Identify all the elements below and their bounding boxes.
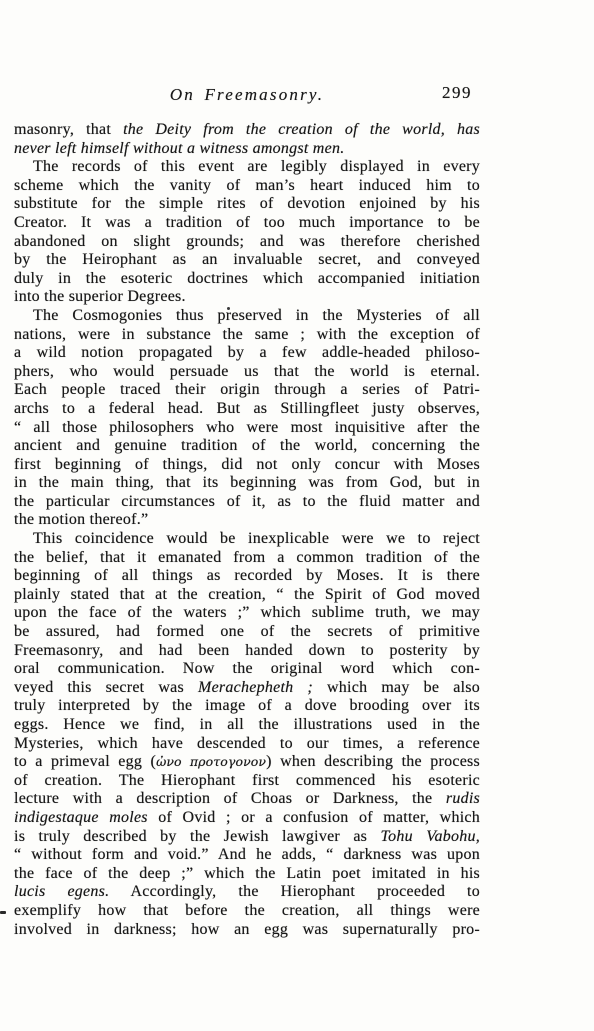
text-segment: truly interpreted by the image of a dove…: [14, 697, 480, 714]
text-segment: indigestaque moles: [14, 809, 148, 826]
text-line: exemplify how that before the creation, …: [14, 902, 480, 921]
text-line: veyed this secret was Merachepheth ; whi…: [14, 679, 480, 698]
page-number: 299: [442, 83, 472, 103]
page-header: On Freemasonry. 299: [14, 85, 480, 107]
text-segment: beginning of all things as recorded by M…: [14, 567, 480, 584]
text-segment: scheme which the vanity of man’s heart i…: [14, 177, 480, 194]
text-line: lucis egens. Accordingly, the Hierophant…: [14, 883, 480, 902]
text-segment: The Cosmogonies thus preserved in the My…: [33, 307, 480, 324]
text-segment: archs to a federal head. But as Stilling…: [14, 400, 480, 417]
text-segment: masonry, that: [14, 121, 123, 138]
text-segment: Merachepheth ;: [198, 679, 313, 696]
text-line: plainly stated that at the creation, “ t…: [14, 586, 480, 605]
scan-artifact-dot: [227, 307, 230, 310]
text-segment: into the superior Degrees.: [14, 288, 186, 305]
text-line: The Cosmogonies thus preserved in the My…: [14, 307, 480, 326]
text-line: The records of this event are legibly di…: [14, 158, 480, 177]
text-line: substitute for the simple rites of devot…: [14, 195, 480, 214]
text-segment: Each people traced their origin through …: [14, 381, 480, 398]
text-line: upon the face of the waters ;” which sub…: [14, 604, 480, 623]
text-segment: ) when describing the process: [266, 753, 480, 770]
running-title: On Freemasonry.: [14, 85, 480, 105]
text-line: by the Heirophant as an invaluable secre…: [14, 251, 480, 270]
text-line: Each people traced their origin through …: [14, 381, 480, 400]
text-segment: “ all those philosophers who were most i…: [14, 419, 480, 436]
text-segment: veyed this secret was: [14, 679, 198, 696]
text-line: the motion thereof.”: [14, 511, 480, 530]
text-line: “ all those philosophers who were most i…: [14, 419, 480, 438]
text-segment: ὠνο προτογονον: [156, 754, 266, 769]
text-segment: ancient and genuine tradition of the wor…: [14, 437, 480, 454]
text-line: in the main thing, that its beginning wa…: [14, 474, 480, 493]
text-line: into the superior Degrees.: [14, 288, 480, 307]
text-line: never left himself without a witness amo…: [14, 140, 480, 159]
text-line: oral communication. Now the original wor…: [14, 660, 480, 679]
text-segment: This coincidence would be inexplicable w…: [33, 530, 480, 547]
text-segment: Accordingly, the Hierophant proceeded to: [109, 883, 480, 900]
paragraph: This coincidence would be inexplicable w…: [14, 530, 480, 939]
text-line: duly in the esoteric doctrines which acc…: [14, 270, 480, 289]
text-line: indigestaque moles of Ovid ; or a confus…: [14, 809, 480, 828]
text-segment: The records of this event are legibly di…: [33, 158, 480, 175]
text-segment: the particular circumstances of it, as t…: [14, 493, 480, 510]
paragraph: masonry, that the Deity from the creatio…: [14, 121, 480, 158]
text-line: to a primeval egg (ὠνο προτογονον) when …: [14, 753, 480, 772]
scan-artifact-dash: [0, 911, 6, 914]
text-line: nations, were in substance the same ; wi…: [14, 326, 480, 345]
text-segment: lecture with a description of Choas or D…: [14, 790, 446, 807]
text-segment: lucis egens.: [14, 883, 109, 900]
page-body: masonry, that the Deity from the creatio…: [14, 121, 480, 939]
text-line: involved in darkness; how an egg was sup…: [14, 921, 480, 940]
text-segment: exemplify how that before the creation, …: [14, 902, 480, 919]
text-segment: rudis: [446, 790, 480, 807]
text-segment: eggs. Hence we find, in all the illustra…: [14, 716, 480, 733]
text-segment: involved in darkness; how an egg was sup…: [14, 921, 480, 938]
text-line: phers, who would persuade us that the wo…: [14, 363, 480, 382]
text-segment: the motion thereof.”: [14, 511, 148, 528]
text-segment: phers, who would persuade us that the wo…: [14, 363, 480, 380]
text-line: eggs. Hence we find, in all the illustra…: [14, 716, 480, 735]
text-segment: Mysteries, which have descended to our t…: [14, 735, 480, 752]
text-segment: duly in the esoteric doctrines which acc…: [14, 270, 480, 287]
text-segment: substitute for the simple rites of devot…: [14, 195, 480, 212]
text-segment: first beginning of things, did not only …: [14, 456, 480, 473]
text-segment: nations, were in substance the same ; wi…: [14, 326, 480, 343]
text-segment: the Deity from the creation of the world…: [123, 121, 480, 138]
text-segment: be assured, had formed one of the secret…: [14, 623, 480, 640]
text-line: the particular circumstances of it, as t…: [14, 493, 480, 512]
text-line: the face of the deep ;” which the Latin …: [14, 865, 480, 884]
text-segment: abandoned on slight grounds; and was the…: [14, 233, 480, 250]
text-segment: by the Heirophant as an invaluable secre…: [14, 251, 480, 268]
text-line: lecture with a description of Choas or D…: [14, 790, 480, 809]
text-line: the belief, that it emanated from a comm…: [14, 549, 480, 568]
text-line: of creation. The Hierophant first commen…: [14, 772, 480, 791]
text-segment: of creation. The Hierophant first commen…: [14, 772, 480, 789]
text-segment: in the main thing, that its beginning wa…: [14, 474, 480, 491]
text-segment: is truly described by the Jewish lawgive…: [14, 828, 380, 845]
text-line: Mysteries, which have descended to our t…: [14, 735, 480, 754]
paragraph: The records of this event are legibly di…: [14, 158, 480, 307]
text-segment: Freemasonry, and had been handed down to…: [14, 642, 480, 659]
text-segment: “ without form and void.” And he adds, “…: [14, 846, 480, 863]
paragraph: The Cosmogonies thus preserved in the My…: [14, 307, 480, 530]
text-line: be assured, had formed one of the secret…: [14, 623, 480, 642]
text-line: scheme which the vanity of man’s heart i…: [14, 177, 480, 196]
text-line: archs to a federal head. But as Stilling…: [14, 400, 480, 419]
text-segment: of Ovid ; or a confusion of matter, whic…: [148, 809, 480, 826]
text-line: masonry, that the Deity from the creatio…: [14, 121, 480, 140]
text-segment: the face of the deep ;” which the Latin …: [14, 865, 480, 882]
text-line: beginning of all things as recorded by M…: [14, 567, 480, 586]
text-segment: a wild notion propagated by a few addle-…: [14, 344, 480, 361]
text-segment: plainly stated that at the creation, “ t…: [14, 586, 480, 603]
text-segment: which may be also: [313, 679, 480, 696]
text-line: “ without form and void.” And he adds, “…: [14, 846, 480, 865]
text-line: abandoned on slight grounds; and was the…: [14, 233, 480, 252]
text-segment: never left himself without a witness amo…: [14, 140, 344, 157]
text-segment: upon the face of the waters ;” which sub…: [14, 604, 480, 621]
text-line: is truly described by the Jewish lawgive…: [14, 828, 480, 847]
text-line: truly interpreted by the image of a dove…: [14, 697, 480, 716]
book-page: On Freemasonry. 299 masonry, that the De…: [0, 0, 594, 1031]
text-line: This coincidence would be inexplicable w…: [14, 530, 480, 549]
text-line: first beginning of things, did not only …: [14, 456, 480, 475]
text-segment: oral communication. Now the original wor…: [14, 660, 480, 677]
text-segment: the belief, that it emanated from a comm…: [14, 549, 480, 566]
text-line: Creator. It was a tradition of too much …: [14, 214, 480, 233]
text-line: ancient and genuine tradition of the wor…: [14, 437, 480, 456]
text-segment: to a primeval egg (: [14, 753, 156, 770]
text-segment: Creator. It was a tradition of too much …: [14, 214, 480, 231]
text-segment: Tohu Vabohu,: [380, 828, 480, 845]
text-line: a wild notion propagated by a few addle-…: [14, 344, 480, 363]
text-line: Freemasonry, and had been handed down to…: [14, 642, 480, 661]
